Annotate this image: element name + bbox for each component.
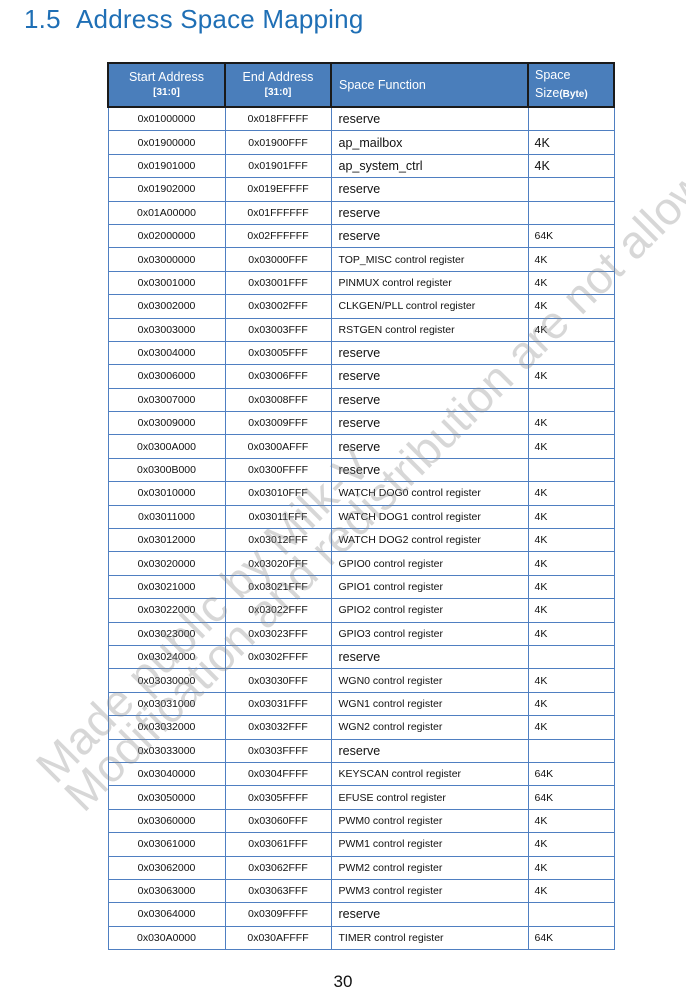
header-size-label: Space [535,68,570,82]
space-function-cell: PWM2 control register [331,856,528,879]
space-function-cell: TOP_MISC control register [331,248,528,271]
end-address-cell: 0x03020FFF [225,552,331,575]
page-number: 30 [0,972,686,992]
space-function-cell: reserve [331,178,528,201]
space-function-cell: PWM1 control register [331,833,528,856]
space-size-cell: 4K [528,248,614,271]
start-address-cell: 0x03023000 [108,622,225,645]
space-function-cell: PWM0 control register [331,809,528,832]
end-address-cell: 0x03003FFF [225,318,331,341]
table-row: 0x0300A0000x0300AFFFreserve4K [108,435,614,458]
space-size-cell [528,178,614,201]
space-size-cell: 64K [528,762,614,785]
end-address-cell: 0x03031FFF [225,692,331,715]
space-size-cell [528,645,614,668]
header-size-label2: Size [535,86,559,100]
space-function-cell: GPIO2 control register [331,599,528,622]
end-address-cell: 0x0305FFFF [225,786,331,809]
end-address-cell: 0x030AFFFF [225,926,331,949]
space-function-cell: reserve [331,224,528,247]
table-row: 0x030240000x0302FFFFreserve [108,645,614,668]
space-function-cell: PINMUX control register [331,271,528,294]
table-row: 0x030500000x0305FFFFEFUSE control regist… [108,786,614,809]
start-address-cell: 0x03002000 [108,295,225,318]
space-function-cell: GPIO1 control register [331,575,528,598]
header-end-label: End Address [243,70,314,84]
space-function-cell: WGN2 control register [331,716,528,739]
space-function-cell: reserve [331,201,528,224]
table-row: 0x019000000x01900FFFap_mailbox4K [108,131,614,154]
start-address-cell: 0x01900000 [108,131,225,154]
table-row: 0x030020000x03002FFFCLKGEN/PLL control r… [108,295,614,318]
table-row: 0x030640000x0309FFFFreserve [108,903,614,926]
space-function-cell: KEYSCAN control register [331,762,528,785]
table-row: 0x030630000x03063FFFPWM3 control registe… [108,879,614,902]
space-size-cell [528,388,614,411]
space-function-cell: reserve [331,341,528,364]
table-row: 0x030610000x03061FFFPWM1 control registe… [108,833,614,856]
space-function-cell: reserve [331,739,528,762]
space-size-cell [528,458,614,481]
space-function-cell: reserve [331,458,528,481]
space-function-cell: GPIO0 control register [331,552,528,575]
end-address-cell: 0x0300AFFF [225,435,331,458]
start-address-cell: 0x03030000 [108,669,225,692]
start-address-cell: 0x01902000 [108,178,225,201]
space-function-cell: GPIO3 control register [331,622,528,645]
header-function-label: Space Function [339,78,426,92]
table-row: 0x010000000x018FFFFFreserve [108,107,614,131]
space-function-cell: reserve [331,412,528,435]
end-address-cell: 0x03062FFF [225,856,331,879]
start-address-cell: 0x03012000 [108,529,225,552]
section-number: 1.5 [24,4,76,35]
start-address-cell: 0x03000000 [108,248,225,271]
end-address-cell: 0x03011FFF [225,505,331,528]
end-address-cell: 0x0300FFFF [225,458,331,481]
space-size-cell: 4K [528,879,614,902]
space-function-cell: reserve [331,435,528,458]
space-size-cell: 4K [528,154,614,177]
table-row: 0x030090000x03009FFFreserve4K [108,412,614,435]
space-function-cell: WATCH DOG0 control register [331,482,528,505]
space-size-cell [528,903,614,926]
start-address-cell: 0x03062000 [108,856,225,879]
table-row: 0x030010000x03001FFFPINMUX control regis… [108,271,614,294]
end-address-cell: 0x01900FFF [225,131,331,154]
start-address-cell: 0x02000000 [108,224,225,247]
space-size-cell: 4K [528,552,614,575]
start-address-cell: 0x03064000 [108,903,225,926]
start-address-cell: 0x03001000 [108,271,225,294]
table-row: 0x030200000x03020FFFGPIO0 control regist… [108,552,614,575]
end-address-cell: 0x03063FFF [225,879,331,902]
end-address-cell: 0x03001FFF [225,271,331,294]
start-address-cell: 0x03021000 [108,575,225,598]
end-address-cell: 0x03030FFF [225,669,331,692]
table-row: 0x030120000x03012FFFWATCH DOG2 control r… [108,529,614,552]
start-address-cell: 0x0300B000 [108,458,225,481]
space-size-cell: 4K [528,505,614,528]
end-address-cell: 0x03006FFF [225,365,331,388]
start-address-cell: 0x03011000 [108,505,225,528]
start-address-cell: 0x03050000 [108,786,225,809]
end-address-cell: 0x019EFFFF [225,178,331,201]
start-address-cell: 0x03020000 [108,552,225,575]
space-function-cell: EFUSE control register [331,786,528,809]
table-row: 0x030320000x03032FFFWGN2 control registe… [108,716,614,739]
header-start-label: Start Address [129,70,204,84]
header-size-unit: (Byte) [559,89,587,100]
header-start-sub: [31:0] [109,85,224,101]
table-row: 0x030330000x0303FFFFreserve [108,739,614,762]
space-function-cell: reserve [331,388,528,411]
end-address-cell: 0x03061FFF [225,833,331,856]
space-size-cell: 4K [528,833,614,856]
start-address-cell: 0x03024000 [108,645,225,668]
space-size-cell: 4K [528,271,614,294]
space-size-cell: 4K [528,529,614,552]
space-size-cell: 4K [528,599,614,622]
end-address-cell: 0x03002FFF [225,295,331,318]
start-address-cell: 0x03063000 [108,879,225,902]
table-row: 0x030220000x03022FFFGPIO2 control regist… [108,599,614,622]
space-size-cell: 64K [528,926,614,949]
space-size-cell: 4K [528,131,614,154]
space-size-cell [528,739,614,762]
space-size-cell: 4K [528,669,614,692]
table-row: 0x030600000x03060FFFPWM0 control registe… [108,809,614,832]
space-size-cell: 4K [528,622,614,645]
header-start-address: Start Address [31:0] [108,63,225,107]
table-row: 0x030110000x03011FFFWATCH DOG1 control r… [108,505,614,528]
end-address-cell: 0x03032FFF [225,716,331,739]
end-address-cell: 0x0302FFFF [225,645,331,668]
space-size-cell [528,341,614,364]
space-function-cell: TIMER control register [331,926,528,949]
space-size-cell: 4K [528,575,614,598]
end-address-cell: 0x0304FFFF [225,762,331,785]
start-address-cell: 0x03010000 [108,482,225,505]
table-row: 0x030620000x03062FFFPWM2 control registe… [108,856,614,879]
space-size-cell: 4K [528,809,614,832]
header-space-size: Space Size(Byte) [528,63,614,107]
table-header-row: Start Address [31:0] End Address [31:0] … [108,63,614,107]
end-address-cell: 0x03010FFF [225,482,331,505]
end-address-cell: 0x03009FFF [225,412,331,435]
header-space-function: Space Function [331,63,528,107]
table-row: 0x0300B0000x0300FFFFreserve [108,458,614,481]
table-row: 0x030040000x03005FFFreserve [108,341,614,364]
start-address-cell: 0x01A00000 [108,201,225,224]
table-row: 0x030400000x0304FFFFKEYSCAN control regi… [108,762,614,785]
start-address-cell: 0x03060000 [108,809,225,832]
section-title: Address Space Mapping [76,4,363,34]
table-row: 0x01A000000x01FFFFFFreserve [108,201,614,224]
space-size-cell: 4K [528,435,614,458]
table-row: 0x030070000x03008FFFreserve [108,388,614,411]
end-address-cell: 0x03012FFF [225,529,331,552]
address-map-table: Start Address [31:0] End Address [31:0] … [107,62,615,950]
table-row: 0x030230000x03023FFFGPIO3 control regist… [108,622,614,645]
table-row: 0x019020000x019EFFFFreserve [108,178,614,201]
end-address-cell: 0x01901FFF [225,154,331,177]
start-address-cell: 0x03006000 [108,365,225,388]
start-address-cell: 0x03040000 [108,762,225,785]
end-address-cell: 0x02FFFFFF [225,224,331,247]
end-address-cell: 0x03005FFF [225,341,331,364]
start-address-cell: 0x03009000 [108,412,225,435]
start-address-cell: 0x01000000 [108,107,225,131]
start-address-cell: 0x03022000 [108,599,225,622]
end-address-cell: 0x03000FFF [225,248,331,271]
header-end-sub: [31:0] [226,85,330,101]
space-size-cell: 4K [528,412,614,435]
space-function-cell: reserve [331,903,528,926]
start-address-cell: 0x03061000 [108,833,225,856]
space-size-cell: 64K [528,224,614,247]
end-address-cell: 0x03008FFF [225,388,331,411]
space-size-cell [528,201,614,224]
space-function-cell: PWM3 control register [331,879,528,902]
table-row: 0x030300000x03030FFFWGN0 control registe… [108,669,614,692]
end-address-cell: 0x03021FFF [225,575,331,598]
space-size-cell: 4K [528,692,614,715]
space-size-cell [528,107,614,131]
space-size-cell: 64K [528,786,614,809]
start-address-cell: 0x030A0000 [108,926,225,949]
section-heading: 1.5Address Space Mapping [24,4,363,35]
space-size-cell: 4K [528,856,614,879]
end-address-cell: 0x0303FFFF [225,739,331,762]
table-row: 0x030100000x03010FFFWATCH DOG0 control r… [108,482,614,505]
space-function-cell: reserve [331,107,528,131]
table-row: 0x030030000x03003FFFRSTGEN control regis… [108,318,614,341]
space-size-cell: 4K [528,365,614,388]
start-address-cell: 0x03003000 [108,318,225,341]
space-function-cell: RSTGEN control register [331,318,528,341]
start-address-cell: 0x03033000 [108,739,225,762]
table-row: 0x030310000x03031FFFWGN1 control registe… [108,692,614,715]
end-address-cell: 0x03060FFF [225,809,331,832]
end-address-cell: 0x03022FFF [225,599,331,622]
space-function-cell: WGN1 control register [331,692,528,715]
start-address-cell: 0x03031000 [108,692,225,715]
space-size-cell: 4K [528,318,614,341]
space-size-cell: 4K [528,716,614,739]
end-address-cell: 0x0309FFFF [225,903,331,926]
space-size-cell: 4K [528,295,614,318]
end-address-cell: 0x03023FFF [225,622,331,645]
start-address-cell: 0x03004000 [108,341,225,364]
space-function-cell: CLKGEN/PLL control register [331,295,528,318]
start-address-cell: 0x01901000 [108,154,225,177]
table-row: 0x030060000x03006FFFreserve4K [108,365,614,388]
space-function-cell: ap_mailbox [331,131,528,154]
table-row: 0x030000000x03000FFFTOP_MISC control reg… [108,248,614,271]
table-row: 0x019010000x01901FFFap_system_ctrl4K [108,154,614,177]
start-address-cell: 0x03007000 [108,388,225,411]
table-row: 0x030210000x03021FFFGPIO1 control regist… [108,575,614,598]
end-address-cell: 0x018FFFFF [225,107,331,131]
space-function-cell: WATCH DOG2 control register [331,529,528,552]
space-function-cell: WATCH DOG1 control register [331,505,528,528]
table-row: 0x020000000x02FFFFFFreserve64K [108,224,614,247]
space-size-cell: 4K [528,482,614,505]
table-row: 0x030A00000x030AFFFFTIMER control regist… [108,926,614,949]
space-function-cell: WGN0 control register [331,669,528,692]
space-function-cell: ap_system_ctrl [331,154,528,177]
start-address-cell: 0x03032000 [108,716,225,739]
space-function-cell: reserve [331,365,528,388]
end-address-cell: 0x01FFFFFF [225,201,331,224]
start-address-cell: 0x0300A000 [108,435,225,458]
space-function-cell: reserve [331,645,528,668]
header-end-address: End Address [31:0] [225,63,331,107]
